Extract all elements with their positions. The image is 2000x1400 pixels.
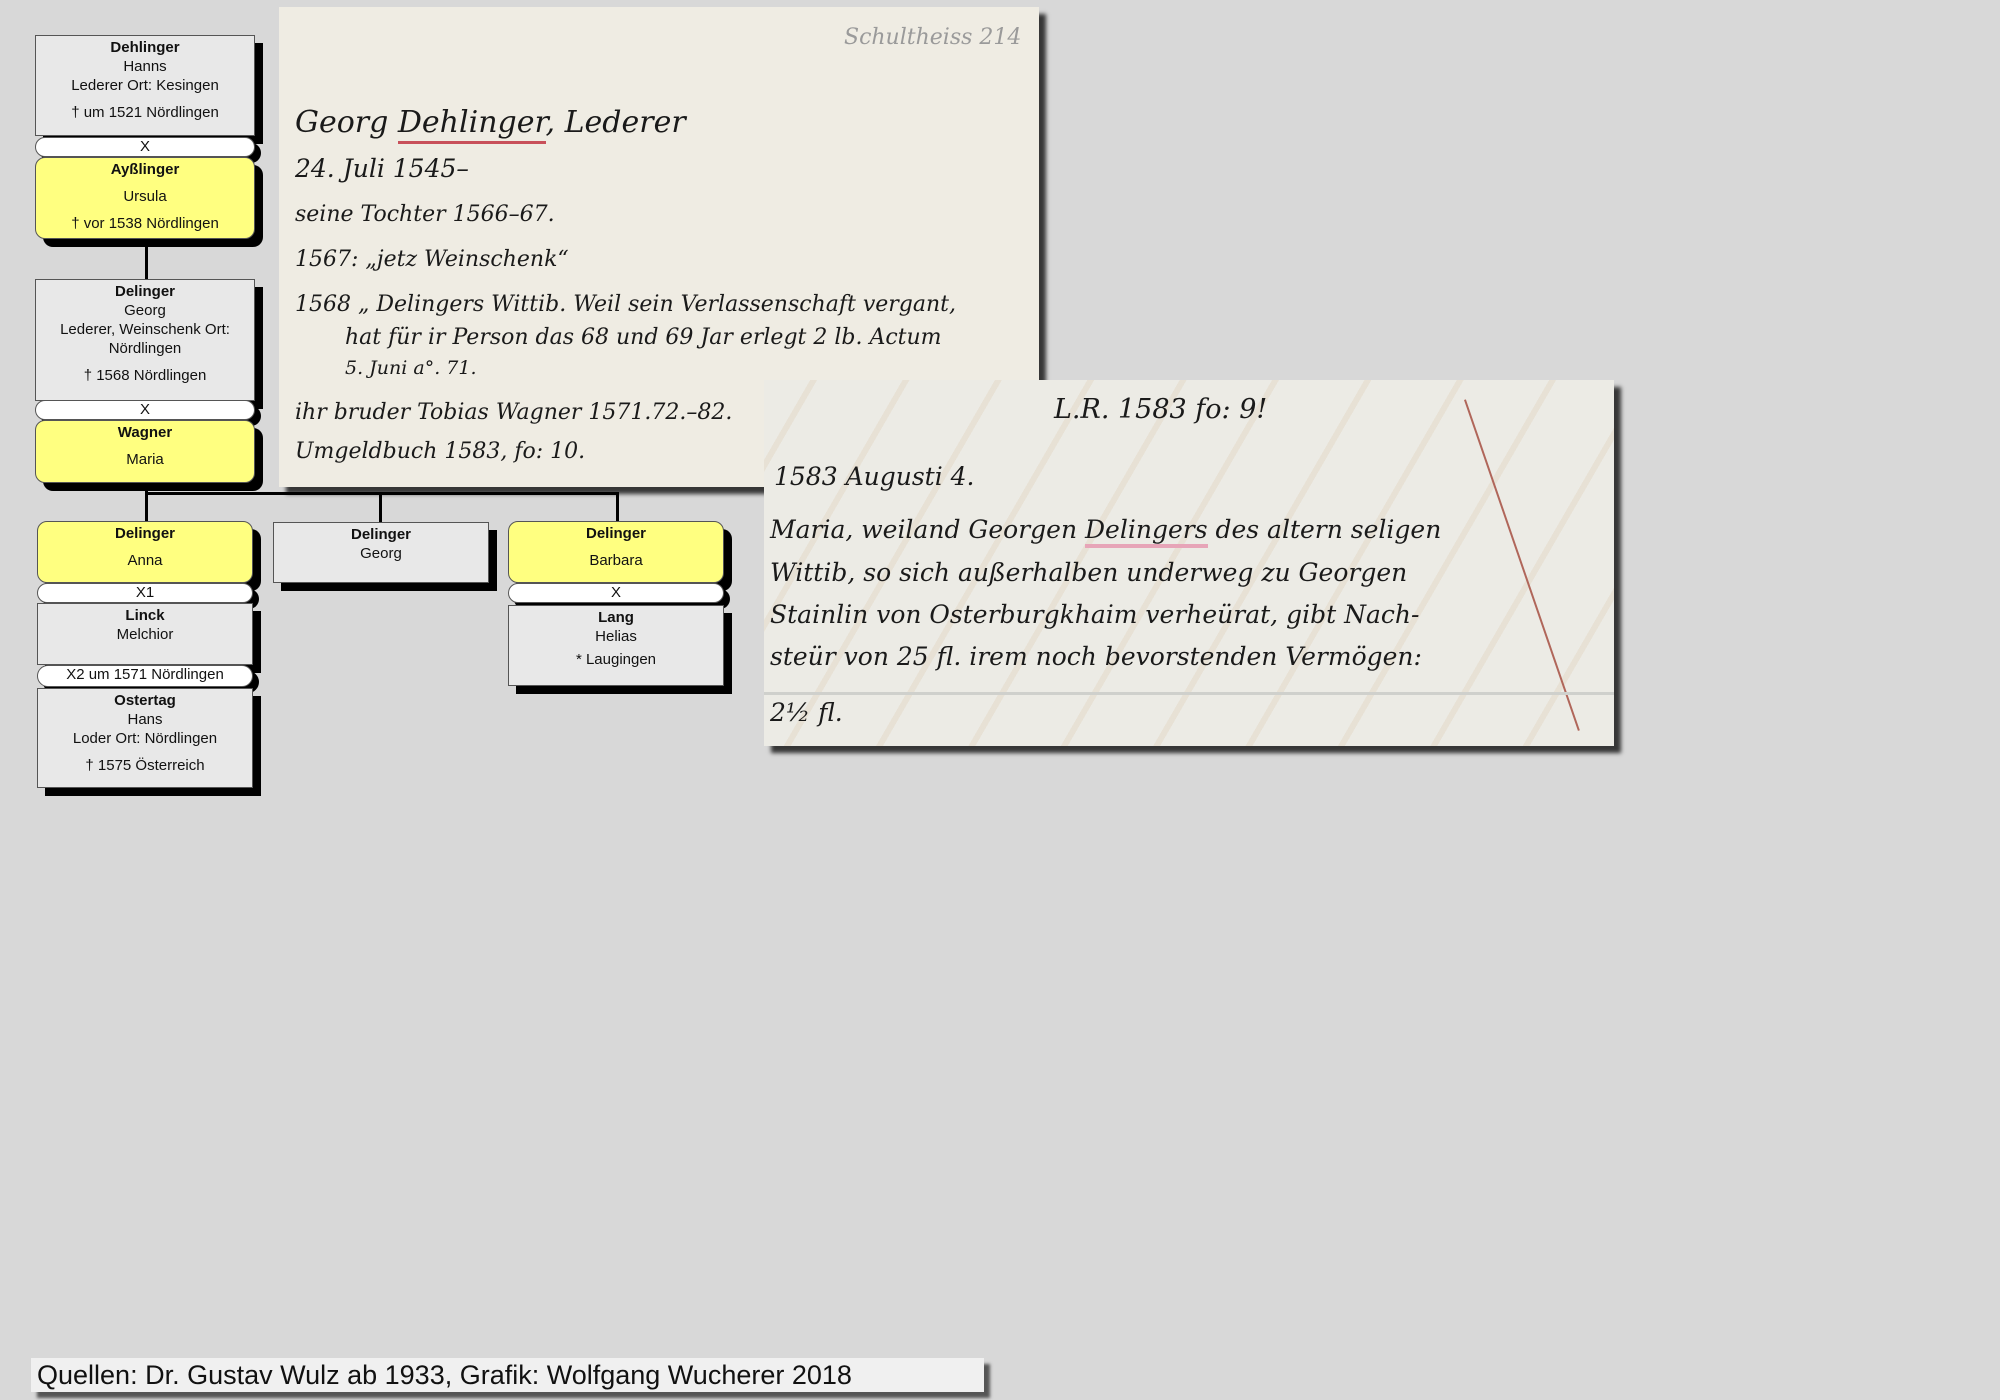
marriage-pill: X <box>35 400 255 420</box>
person-box-wagner-maria[interactable]: Wagner Maria <box>35 420 255 483</box>
person-occupation: Loder Ort: Nördlingen <box>38 729 252 748</box>
card2-header: L.R. 1583 fo: 9! <box>1054 394 1267 425</box>
card1-line: seine Tochter 1566–67. <box>295 202 555 227</box>
card2-date: 1583 Augusti 4. <box>774 462 975 491</box>
marriage-pill-x1: X1 <box>37 583 253 603</box>
person-given-name: Helias <box>509 627 723 646</box>
connector-child-georg <box>379 492 382 522</box>
person-death: † 1568 Nördlingen <box>36 366 254 385</box>
person-given-name: Melchior <box>38 625 252 644</box>
sources-footer: Quellen: Dr. Gustav Wulz ab 1933, Grafik… <box>31 1358 984 1392</box>
person-surname: Dehlinger <box>36 38 254 57</box>
person-occupation: Lederer Ort: Kesingen <box>36 76 254 95</box>
card1-line: hat für ir Person das 68 und 69 Jar erle… <box>345 325 942 350</box>
marriage-pill-x2: X2 um 1571 Nördlingen <box>37 665 253 687</box>
person-given-name: Hans <box>38 710 252 729</box>
card1-title-given: Georg <box>295 105 398 140</box>
person-given-name: Ursula <box>36 187 254 206</box>
card1-title-surname: Dehlinger <box>398 105 546 144</box>
person-box-delinger-georg-sr[interactable]: Delinger Georg Lederer, Weinschenk Ort: … <box>35 279 255 401</box>
person-surname: Delinger <box>509 524 723 543</box>
ruled-line <box>764 692 1614 695</box>
person-occupation: Lederer, Weinschenk Ort: <box>36 320 254 339</box>
person-surname: Delinger <box>274 525 488 544</box>
card1-line: Umgeldbuch 1583, fo: 10. <box>295 439 585 464</box>
connector-child-barbara <box>616 492 619 522</box>
person-given-name: Hanns <box>36 57 254 76</box>
person-box-delinger-barbara[interactable]: Delinger Barbara <box>508 521 724 583</box>
person-surname: Delinger <box>36 282 254 301</box>
person-box-linck-melchior[interactable]: Linck Melchior <box>37 603 253 665</box>
card2-line: steür von 25 fl. irem noch bevorstenden … <box>770 642 1422 671</box>
person-death: † 1575 Österreich <box>38 756 252 775</box>
person-box-ayszlinger-ursula[interactable]: Ayßlinger Ursula † vor 1538 Nördlingen <box>35 157 255 239</box>
person-box-lang-helias[interactable]: Lang Helias * Laugingen <box>508 605 724 686</box>
card2-line-name: Delingers <box>1085 515 1208 548</box>
person-surname: Linck <box>38 606 252 625</box>
person-given-name: Barbara <box>509 551 723 570</box>
card2-line: Wittib, so sich außerhalben underweg zu … <box>770 558 1407 587</box>
card2-line: Maria, weiland Georgen Delingers des alt… <box>770 515 1441 544</box>
card1-line: 5. Juni a°. 71. <box>345 357 477 379</box>
person-box-delinger-anna[interactable]: Delinger Anna <box>37 521 253 583</box>
card1-title-occupation: , Lederer <box>546 105 686 140</box>
person-occupation-place: Nördlingen <box>36 339 254 358</box>
person-box-delinger-georg-jr[interactable]: Delinger Georg <box>273 522 489 583</box>
card2-line: 2½ fl. <box>770 698 843 727</box>
card2-line-text: Maria, weiland Georgen <box>770 515 1085 544</box>
card1-line: 1568 „ Delingers Wittib. Weil sein Verla… <box>295 292 956 317</box>
person-given-name: Anna <box>38 551 252 570</box>
marriage-pill: X <box>35 137 255 157</box>
connector-grandparents-to-father <box>145 238 148 280</box>
person-death: † um 1521 Nördlingen <box>36 103 254 122</box>
archive-card-2: L.R. 1583 fo: 9! 1583 Augusti 4. Maria, … <box>764 380 1614 746</box>
card2-line: Stainlin von Osterburgkhaim verheürat, g… <box>770 600 1419 629</box>
person-given-name: Georg <box>36 301 254 320</box>
person-box-ostertag-hans[interactable]: Ostertag Hans Loder Ort: Nördlingen † 15… <box>37 688 253 788</box>
person-box-dehlinger-hanns[interactable]: Dehlinger Hanns Lederer Ort: Kesingen † … <box>35 35 255 136</box>
person-death: † vor 1538 Nördlingen <box>36 214 254 233</box>
card1-title: Georg Dehlinger, Lederer <box>295 105 686 140</box>
person-birth: * Laugingen <box>509 650 723 669</box>
connector-parents-down <box>145 482 148 522</box>
person-surname: Lang <box>509 608 723 627</box>
person-surname: Wagner <box>36 423 254 442</box>
archive-stamp: Schultheiss 214 <box>844 25 1021 50</box>
person-given-name: Georg <box>274 544 488 563</box>
connector-children-bar <box>145 492 619 495</box>
person-surname: Ayßlinger <box>36 160 254 179</box>
card1-date: 24. Juli 1545– <box>295 154 469 183</box>
card1-line: 1567: „jetz Weinschenk“ <box>295 247 569 272</box>
card2-line-text: des altern seligen <box>1208 515 1442 544</box>
person-surname: Ostertag <box>38 691 252 710</box>
person-surname: Delinger <box>38 524 252 543</box>
person-given-name: Maria <box>36 450 254 469</box>
red-pencil-stroke <box>1464 399 1580 731</box>
marriage-pill: X <box>508 583 724 603</box>
card1-line: ihr bruder Tobias Wagner 1571.72.–82. <box>295 400 732 425</box>
